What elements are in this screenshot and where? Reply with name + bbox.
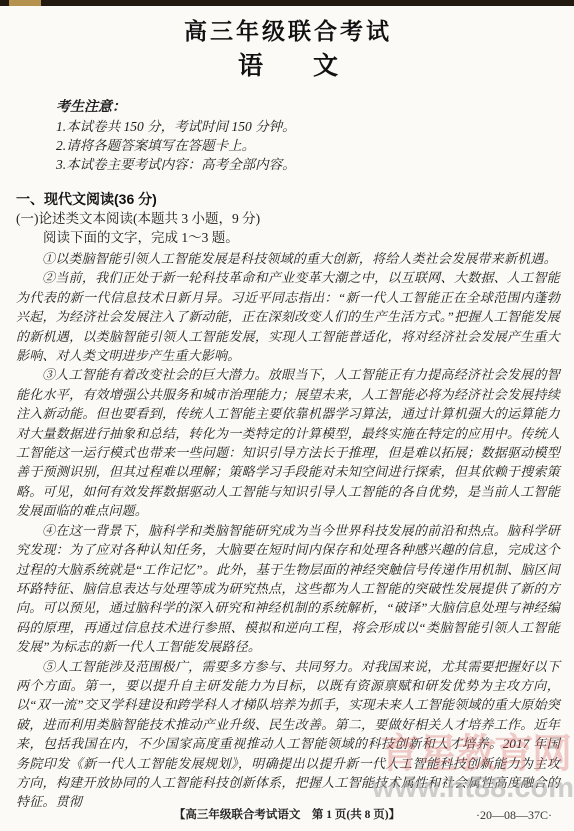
subject-title: 语 文	[16, 50, 560, 82]
reading-passage: ①以类脑智能引领人工智能发展是科技领域的重大创新，将给人类社会发展带来新机遇。 …	[16, 249, 560, 812]
passage-paragraph-3: ③人工智能有着改变社会的巨大潜力。放眼当下，人工智能正有力提高经济社会发展的智能…	[16, 365, 560, 520]
page-content: 高三年级联合考试 语 文 考生注意： 1.本试卷共 150 分，考试时间 150…	[16, 8, 560, 812]
footer-paper-code: ·20—08—37C·	[476, 808, 552, 823]
passage-paragraph-2: ②当前，我们正处于新一轮科技革命和产业变革大潮之中，以互联网、大数据、人工智能为…	[16, 268, 560, 365]
notice-heading: 考生注意：	[56, 98, 560, 117]
page-footer: 【高三年级联合考试语文 第 1 页(共 8 页)】 ·20—08—37C·	[0, 805, 574, 823]
notice-item-1: 1.本试卷共 150 分，考试时间 150 分钟。	[56, 117, 560, 136]
footer-page-label: 【高三年级联合考试语文 第 1 页(共 8 页)】	[174, 809, 400, 821]
passage-paragraph-1: ①以类脑智能引领人工智能发展是科技领域的重大创新，将给人类社会发展带来新机遇。	[16, 249, 560, 268]
passage-paragraph-5: ⑤人工智能涉及范围极广，需要多方参与、共同努力。对我国来说，尤其需要把握好以下两…	[16, 657, 560, 812]
reading-instruction: 阅读下面的文字，完成 1～3 题。	[16, 228, 560, 247]
scan-edge-accent	[9, 0, 41, 6]
passage-paragraph-4: ④在这一背景下，脑科学和类脑智能研究成为当今世界科技发展的前沿和热点。脑科学研究…	[16, 521, 560, 657]
exam-title: 高三年级联合考试	[16, 16, 560, 46]
notice-item-2: 2.请将各题答案填写在答题卡上。	[56, 136, 560, 155]
candidate-notice: 考生注意： 1.本试卷共 150 分，考试时间 150 分钟。 2.请将各题答案…	[16, 98, 560, 174]
exam-paper-page: 高三年级联合考试 语 文 考生注意： 1.本试卷共 150 分，考试时间 150…	[0, 0, 574, 831]
section-subheading: (一)论述类文本阅读(本题共 3 小题，9 分)	[16, 209, 560, 228]
notice-item-3: 3.本试卷主要考试内容：高考全部内容。	[56, 155, 560, 174]
section-heading: 一、现代文阅读(36 分)	[16, 189, 560, 209]
scan-edge-bar	[0, 0, 574, 6]
